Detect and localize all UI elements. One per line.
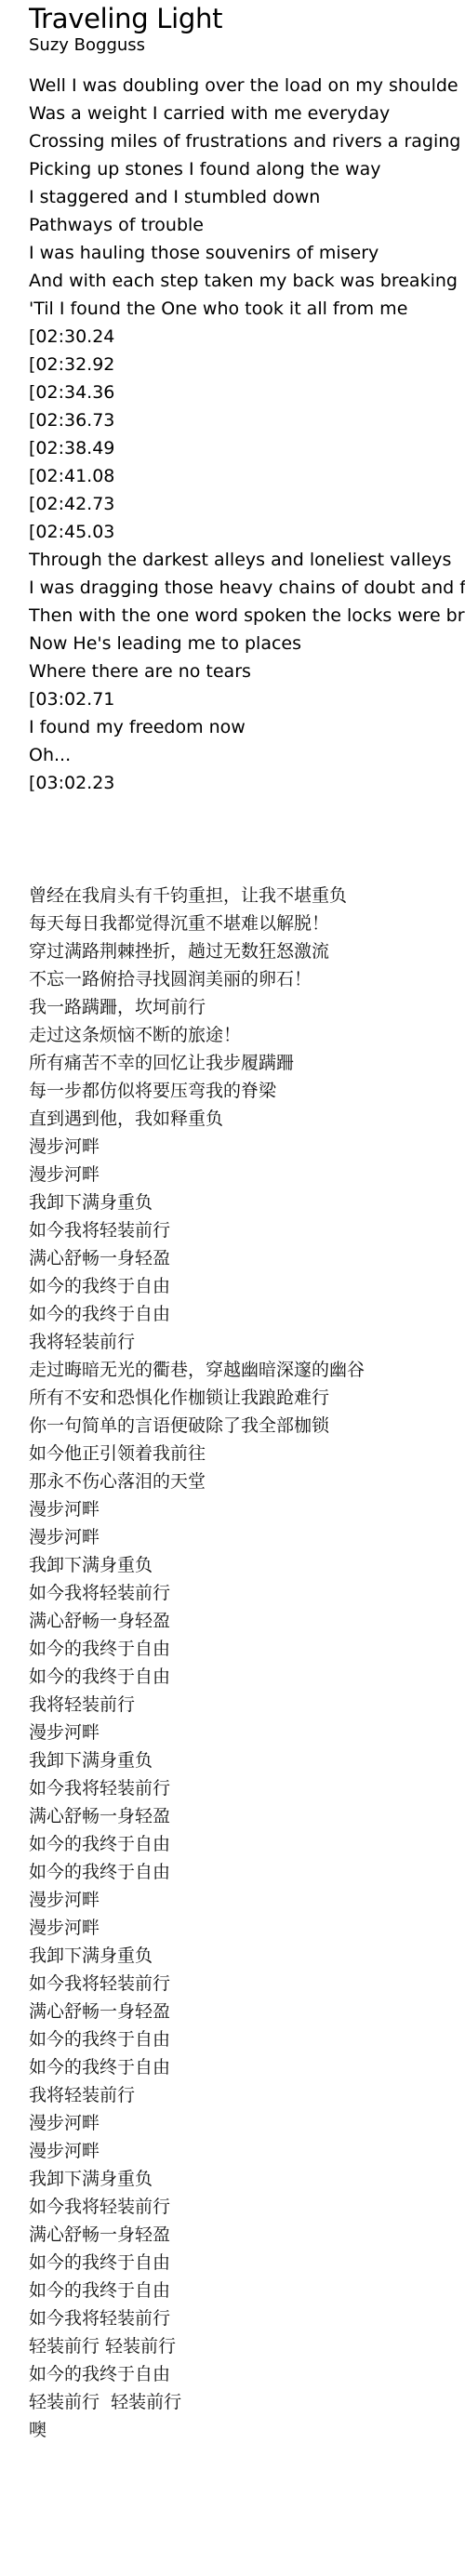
translation-line: 我将轻装前行	[29, 1691, 365, 1719]
translation-line: 我将轻装前行	[29, 1328, 365, 1356]
translation-line: 如今的我终于自由	[29, 1830, 365, 1858]
translation-line: 漫步河畔	[29, 1719, 365, 1746]
translation-line: 如今的我终于自由	[29, 2025, 365, 2053]
lyric-line: Through the darkest alleys and loneliest…	[29, 546, 465, 574]
translation-line: 满心舒畅一身轻盈	[29, 1998, 365, 2025]
translation-line: 漫步河畔	[29, 1161, 365, 1188]
translation-line: 不忘一路俯拾寻找圆润美丽的卵石！	[29, 965, 365, 993]
lyric-line: [02:41.08	[29, 462, 465, 490]
translation-line: 如今的我终于自由	[29, 1663, 365, 1691]
lyric-line: [02:30.24	[29, 323, 465, 351]
translation-line: 满心舒畅一身轻盈	[29, 1244, 365, 1272]
lyric-line: Where there are no tears	[29, 657, 465, 685]
translation-line: 我卸下满身重负	[29, 1188, 365, 1216]
translation-line: 直到遇到他，我如释重负	[29, 1105, 365, 1133]
lyric-line: [02:34.36	[29, 378, 465, 406]
lyric-line: [02:36.73	[29, 406, 465, 434]
song-artist: Suzy Bogguss	[29, 35, 465, 56]
translation-line: 我卸下满身重负	[29, 1746, 365, 1774]
translation-line: 走过这条烦恼不断的旅途！	[29, 1021, 365, 1049]
lyric-line: Oh...	[29, 741, 465, 769]
translation-line: 如今的我终于自由	[29, 1300, 365, 1328]
lyric-line: [03:02.23	[29, 769, 465, 797]
translation-line: 我卸下满身重负	[29, 1942, 365, 1970]
lyric-line: [02:32.92	[29, 351, 465, 378]
english-lyrics: Well I was doubling over the load on my …	[29, 72, 465, 797]
song-title: Traveling Light	[29, 0, 465, 35]
lyric-line: Now He's leading me to places	[29, 630, 465, 657]
translation-line: 曾经在我肩头有千钧重担，让我不堪重负	[29, 882, 365, 910]
translation-line: 漫步河畔	[29, 1523, 365, 1551]
lyric-line: I was hauling those souvenirs of misery	[29, 239, 465, 267]
lyric-line: [02:45.03	[29, 518, 465, 546]
lyric-line: [02:42.73	[29, 490, 465, 518]
lyric-line: 'Til I found the One who took it all fro…	[29, 295, 465, 323]
translation-line: 如今的我终于自由	[29, 1635, 365, 1663]
translation-line: 每一步都仿似将要压弯我的脊梁	[29, 1077, 365, 1105]
translation-line: 漫步河畔	[29, 2109, 365, 2137]
translation-line: 我卸下满身重负	[29, 1551, 365, 1579]
translation-line: 满心舒畅一身轻盈	[29, 1802, 365, 1830]
translation-line: 所有痛苦不幸的回忆让我步履蹒跚	[29, 1049, 365, 1077]
translation-line: 如今的我终于自由	[29, 1272, 365, 1300]
translation-line: 那永不伤心落泪的天堂	[29, 1467, 365, 1495]
translation-line: 漫步河畔	[29, 1133, 365, 1161]
translation-line: 满心舒畅一身轻盈	[29, 2221, 365, 2249]
translation-line: 如今的我终于自由	[29, 2053, 365, 2081]
translation-line: 如今我将轻装前行	[29, 2304, 365, 2332]
translation-line: 噢	[29, 2416, 365, 2444]
translation-line: 如今的我终于自由	[29, 1858, 365, 1886]
translation-line: 轻装前行 轻装前行	[29, 2332, 365, 2360]
translation-line: 漫步河畔	[29, 1495, 365, 1523]
lyric-line: I was dragging those heavy chains of dou…	[29, 574, 465, 602]
translation-line: 漫步河畔	[29, 2137, 365, 2165]
translation-line: 我一路蹒跚，坎坷前行	[29, 993, 365, 1021]
translation-line: 如今我将轻装前行	[29, 1216, 365, 1244]
chinese-lyrics: 曾经在我肩头有千钧重担，让我不堪重负每天每日我都觉得沉重不堪难以解脱！穿过满路荆…	[29, 882, 365, 2444]
lyric-line: [02:38.49	[29, 434, 465, 462]
translation-line: 如今的我终于自由	[29, 2277, 365, 2304]
lyric-line: I staggered and I stumbled down	[29, 183, 465, 211]
translation-line: 我卸下满身重负	[29, 2165, 365, 2193]
translation-line: 漫步河畔	[29, 1886, 365, 1914]
translation-line: 如今我将轻装前行	[29, 1774, 365, 1802]
translation-line: 每天每日我都觉得沉重不堪难以解脱！	[29, 910, 365, 937]
translation-line: 漫步河畔	[29, 1914, 365, 1942]
lyric-line: Then with the one word spoken the locks …	[29, 602, 465, 630]
translation-line: 我将轻装前行	[29, 2081, 365, 2109]
lyric-line: Pathways of trouble	[29, 211, 465, 239]
lyric-line: Well I was doubling over the load on my …	[29, 72, 465, 100]
lyric-line: Was a weight I carried with me everyday	[29, 100, 465, 127]
translation-line: 走过晦暗无光的衢巷，穿越幽暗深邃的幽谷	[29, 1356, 365, 1384]
translation-line: 如今我将轻装前行	[29, 2193, 365, 2221]
translation-line: 穿过满路荆棘挫折，趟过无数狂怒激流	[29, 937, 365, 965]
translation-line: 如今他正引领着我前往	[29, 1440, 365, 1467]
lyric-line: I found my freedom now	[29, 713, 465, 741]
translation-line: 轻装前行 轻装前行	[29, 2388, 365, 2416]
translation-line: 满心舒畅一身轻盈	[29, 1607, 365, 1635]
translation-line: 如今我将轻装前行	[29, 1579, 365, 1607]
lyric-line: Picking up stones I found along the way	[29, 155, 465, 183]
translation-line: 所有不安和恐惧化作枷锁让我踉跄难行	[29, 1384, 365, 1412]
lyrics-page: Traveling Light Suzy Bogguss Well I was …	[29, 0, 465, 797]
lyric-line: And with each step taken my back was bre…	[29, 267, 465, 295]
translation-line: 如今的我终于自由	[29, 2249, 365, 2277]
lyric-line: [03:02.71	[29, 685, 465, 713]
translation-line: 你一句简单的言语便破除了我全部枷锁	[29, 1412, 365, 1440]
translation-line: 如今我将轻装前行	[29, 1970, 365, 1998]
lyric-line: Crossing miles of frustrations and river…	[29, 127, 465, 155]
translation-line: 如今的我终于自由	[29, 2360, 365, 2388]
